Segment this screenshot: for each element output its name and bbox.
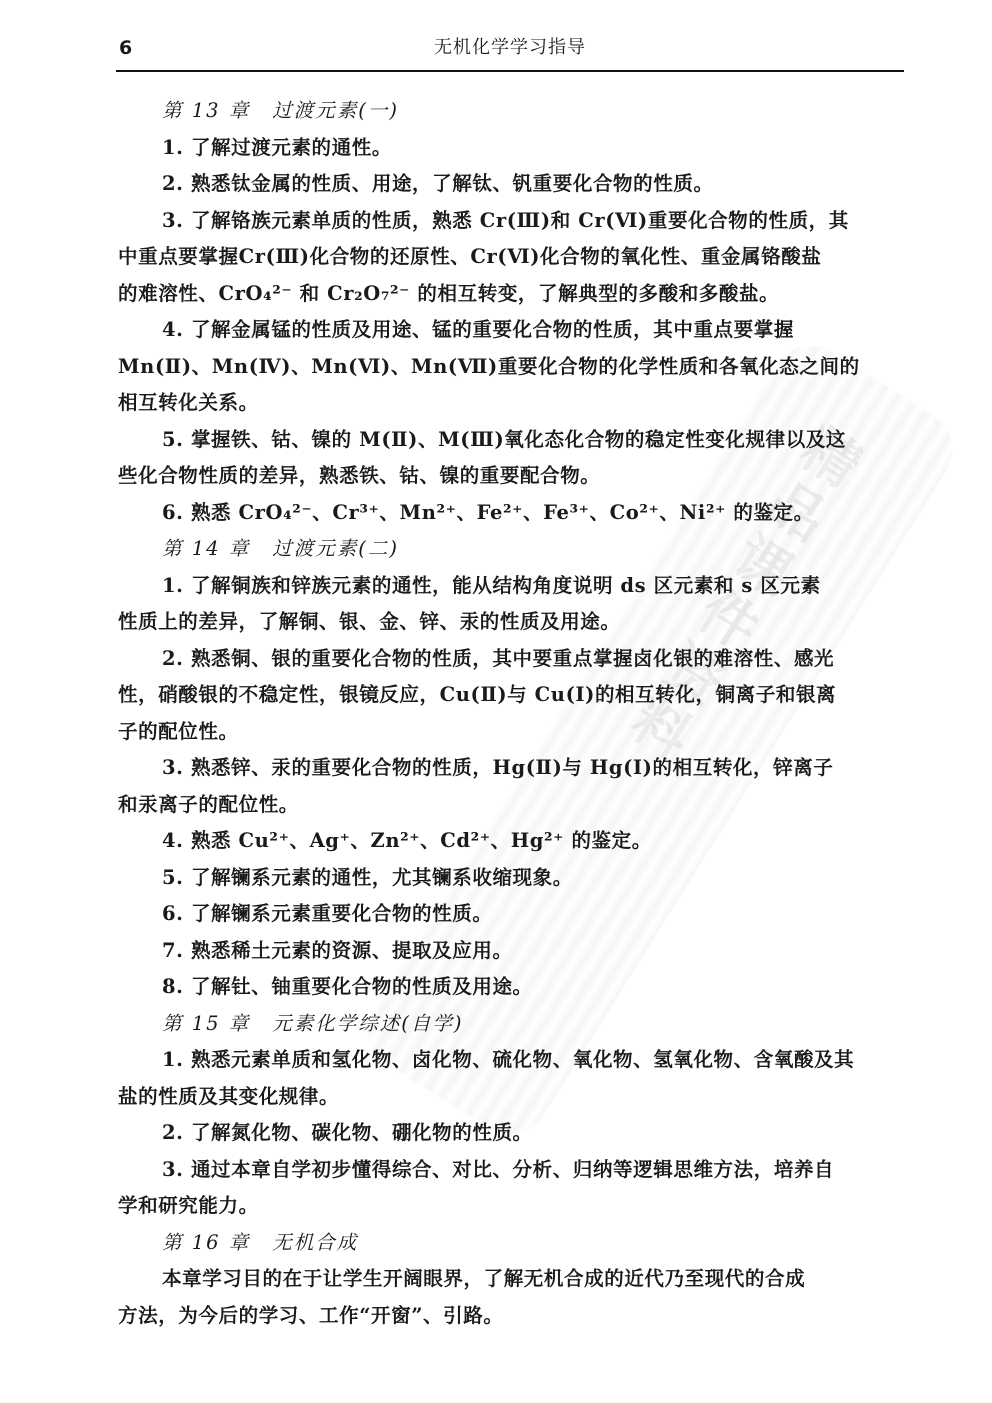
objective-item-continued: 性，硝酸银的不稳定性，银镜反应，Cu(Ⅱ)与 Cu(Ⅰ)的相互转化，铜离子和银离: [118, 677, 902, 714]
chapter-15-section: 第 15 章元素化学综述(自学) 1. 熟悉元素单质和氢化物、卤化物、硫化物、氧…: [118, 1006, 902, 1225]
chapter-heading: 第 16 章无机合成: [118, 1225, 902, 1262]
objective-item: 1. 熟悉元素单质和氢化物、卤化物、硫化物、氧化物、氢氧化物、含氧酸及其: [118, 1042, 902, 1079]
chapter-title: 元素化学综述(自学): [272, 1012, 463, 1035]
chapter-16-section: 第 16 章无机合成 本章学习目的在于让学生开阔眼界，了解无机合成的近代乃至现代…: [118, 1225, 902, 1335]
objective-item-continued: Mn(Ⅱ)、Mn(Ⅳ)、Mn(Ⅵ)、Mn(Ⅶ)重要化合物的化学性质和各氧化态之间…: [118, 349, 902, 386]
objective-item: 7. 熟悉稀土元素的资源、提取及应用。: [118, 933, 902, 970]
objective-item: 4. 了解金属锰的性质及用途、锰的重要化合物的性质，其中重点要掌握: [118, 312, 902, 349]
objective-item-continued: 中重点要掌握Cr(Ⅲ)化合物的还原性、Cr(Ⅵ)化合物的氧化性、重金属铬酸盐: [118, 239, 902, 276]
objective-item: 3. 通过本章自学初步懂得综合、对比、分析、归纳等逻辑思维方法，培养自: [118, 1152, 902, 1189]
page-body: 第 13 章过渡元素(一) 1. 了解过渡元素的通性。 2. 熟悉钛金属的性质、…: [118, 93, 902, 1334]
objective-item-continued: 相互转化关系。: [118, 385, 902, 422]
chapter-number: 第 15 章: [162, 1012, 250, 1035]
chapter-13-section: 第 13 章过渡元素(一) 1. 了解过渡元素的通性。 2. 熟悉钛金属的性质、…: [118, 93, 902, 531]
chapter-title: 过渡元素(一): [272, 99, 399, 122]
objective-item-continued: 学和研究能力。: [118, 1188, 902, 1225]
header-divider: [116, 70, 904, 72]
objective-item: 4. 熟悉 Cu²⁺、Ag⁺、Zn²⁺、Cd²⁺、Hg²⁺ 的鉴定。: [118, 823, 902, 860]
objective-item: 1. 了解铜族和锌族元素的通性，能从结构角度说明 ds 区元素和 s 区元素: [118, 568, 902, 605]
chapter-number: 第 16 章: [162, 1231, 250, 1254]
document-page: 精品课件资料 6 无机化学学习指导 第 13 章过渡元素(一) 1. 了解过渡元…: [0, 0, 992, 1403]
objective-item-continued: 性质上的差异，了解铜、银、金、锌、汞的性质及用途。: [118, 604, 902, 641]
chapter-heading: 第 13 章过渡元素(一): [118, 93, 902, 130]
objective-item-continued: 和汞离子的配位性。: [118, 787, 902, 824]
chapter-title: 无机合成: [272, 1231, 358, 1254]
chapter-heading: 第 15 章元素化学综述(自学): [118, 1006, 902, 1043]
chapter-summary-continued: 方法，为今后的学习、工作“开窗”、引路。: [118, 1298, 902, 1335]
objective-item: 3. 熟悉锌、汞的重要化合物的性质，Hg(Ⅱ)与 Hg(Ⅰ)的相互转化，锌离子: [118, 750, 902, 787]
chapter-title: 过渡元素(二): [272, 537, 399, 560]
chapter-number: 第 14 章: [162, 537, 250, 560]
chapter-heading: 第 14 章过渡元素(二): [118, 531, 902, 568]
objective-item: 5. 掌握铁、钴、镍的 M(Ⅱ)、M(Ⅲ)氧化态化合物的稳定性变化规律以及这: [118, 422, 902, 459]
objective-item-continued: 子的配位性。: [118, 714, 902, 751]
objective-item: 3. 了解铬族元素单质的性质，熟悉 Cr(Ⅲ)和 Cr(Ⅵ)重要化合物的性质，其: [118, 203, 902, 240]
objective-item: 2. 熟悉铜、银的重要化合物的性质，其中要重点掌握卤化银的难溶性、感光: [118, 641, 902, 678]
objective-item: 6. 熟悉 CrO₄²⁻、Cr³⁺、Mn²⁺、Fe²⁺、Fe³⁺、Co²⁺、Ni…: [118, 495, 902, 532]
chapter-14-section: 第 14 章过渡元素(二) 1. 了解铜族和锌族元素的通性，能从结构角度说明 d…: [118, 531, 902, 1006]
objective-item: 2. 了解氮化物、碳化物、硼化物的性质。: [118, 1115, 902, 1152]
chapter-number: 第 13 章: [162, 99, 250, 122]
objective-item: 5. 了解镧系元素的通性，尤其镧系收缩现象。: [118, 860, 902, 897]
book-title: 无机化学学习指导: [118, 36, 902, 60]
objective-item-continued: 的难溶性、CrO₄²⁻ 和 Cr₂O₇²⁻ 的相互转变，了解典型的多酸和多酸盐。: [118, 276, 902, 313]
objective-item: 1. 了解过渡元素的通性。: [118, 130, 902, 167]
objective-item-continued: 些化合物性质的差异，熟悉铁、钴、镍的重要配合物。: [118, 458, 902, 495]
objective-item: 6. 了解镧系元素重要化合物的性质。: [118, 896, 902, 933]
running-head: 6 无机化学学习指导: [118, 36, 902, 66]
objective-item: 8. 了解钍、铀重要化合物的性质及用途。: [118, 969, 902, 1006]
objective-item: 2. 熟悉钛金属的性质、用途，了解钛、钒重要化合物的性质。: [118, 166, 902, 203]
objective-item-continued: 盐的性质及其变化规律。: [118, 1079, 902, 1116]
chapter-summary: 本章学习目的在于让学生开阔眼界，了解无机合成的近代乃至现代的合成: [118, 1261, 902, 1298]
